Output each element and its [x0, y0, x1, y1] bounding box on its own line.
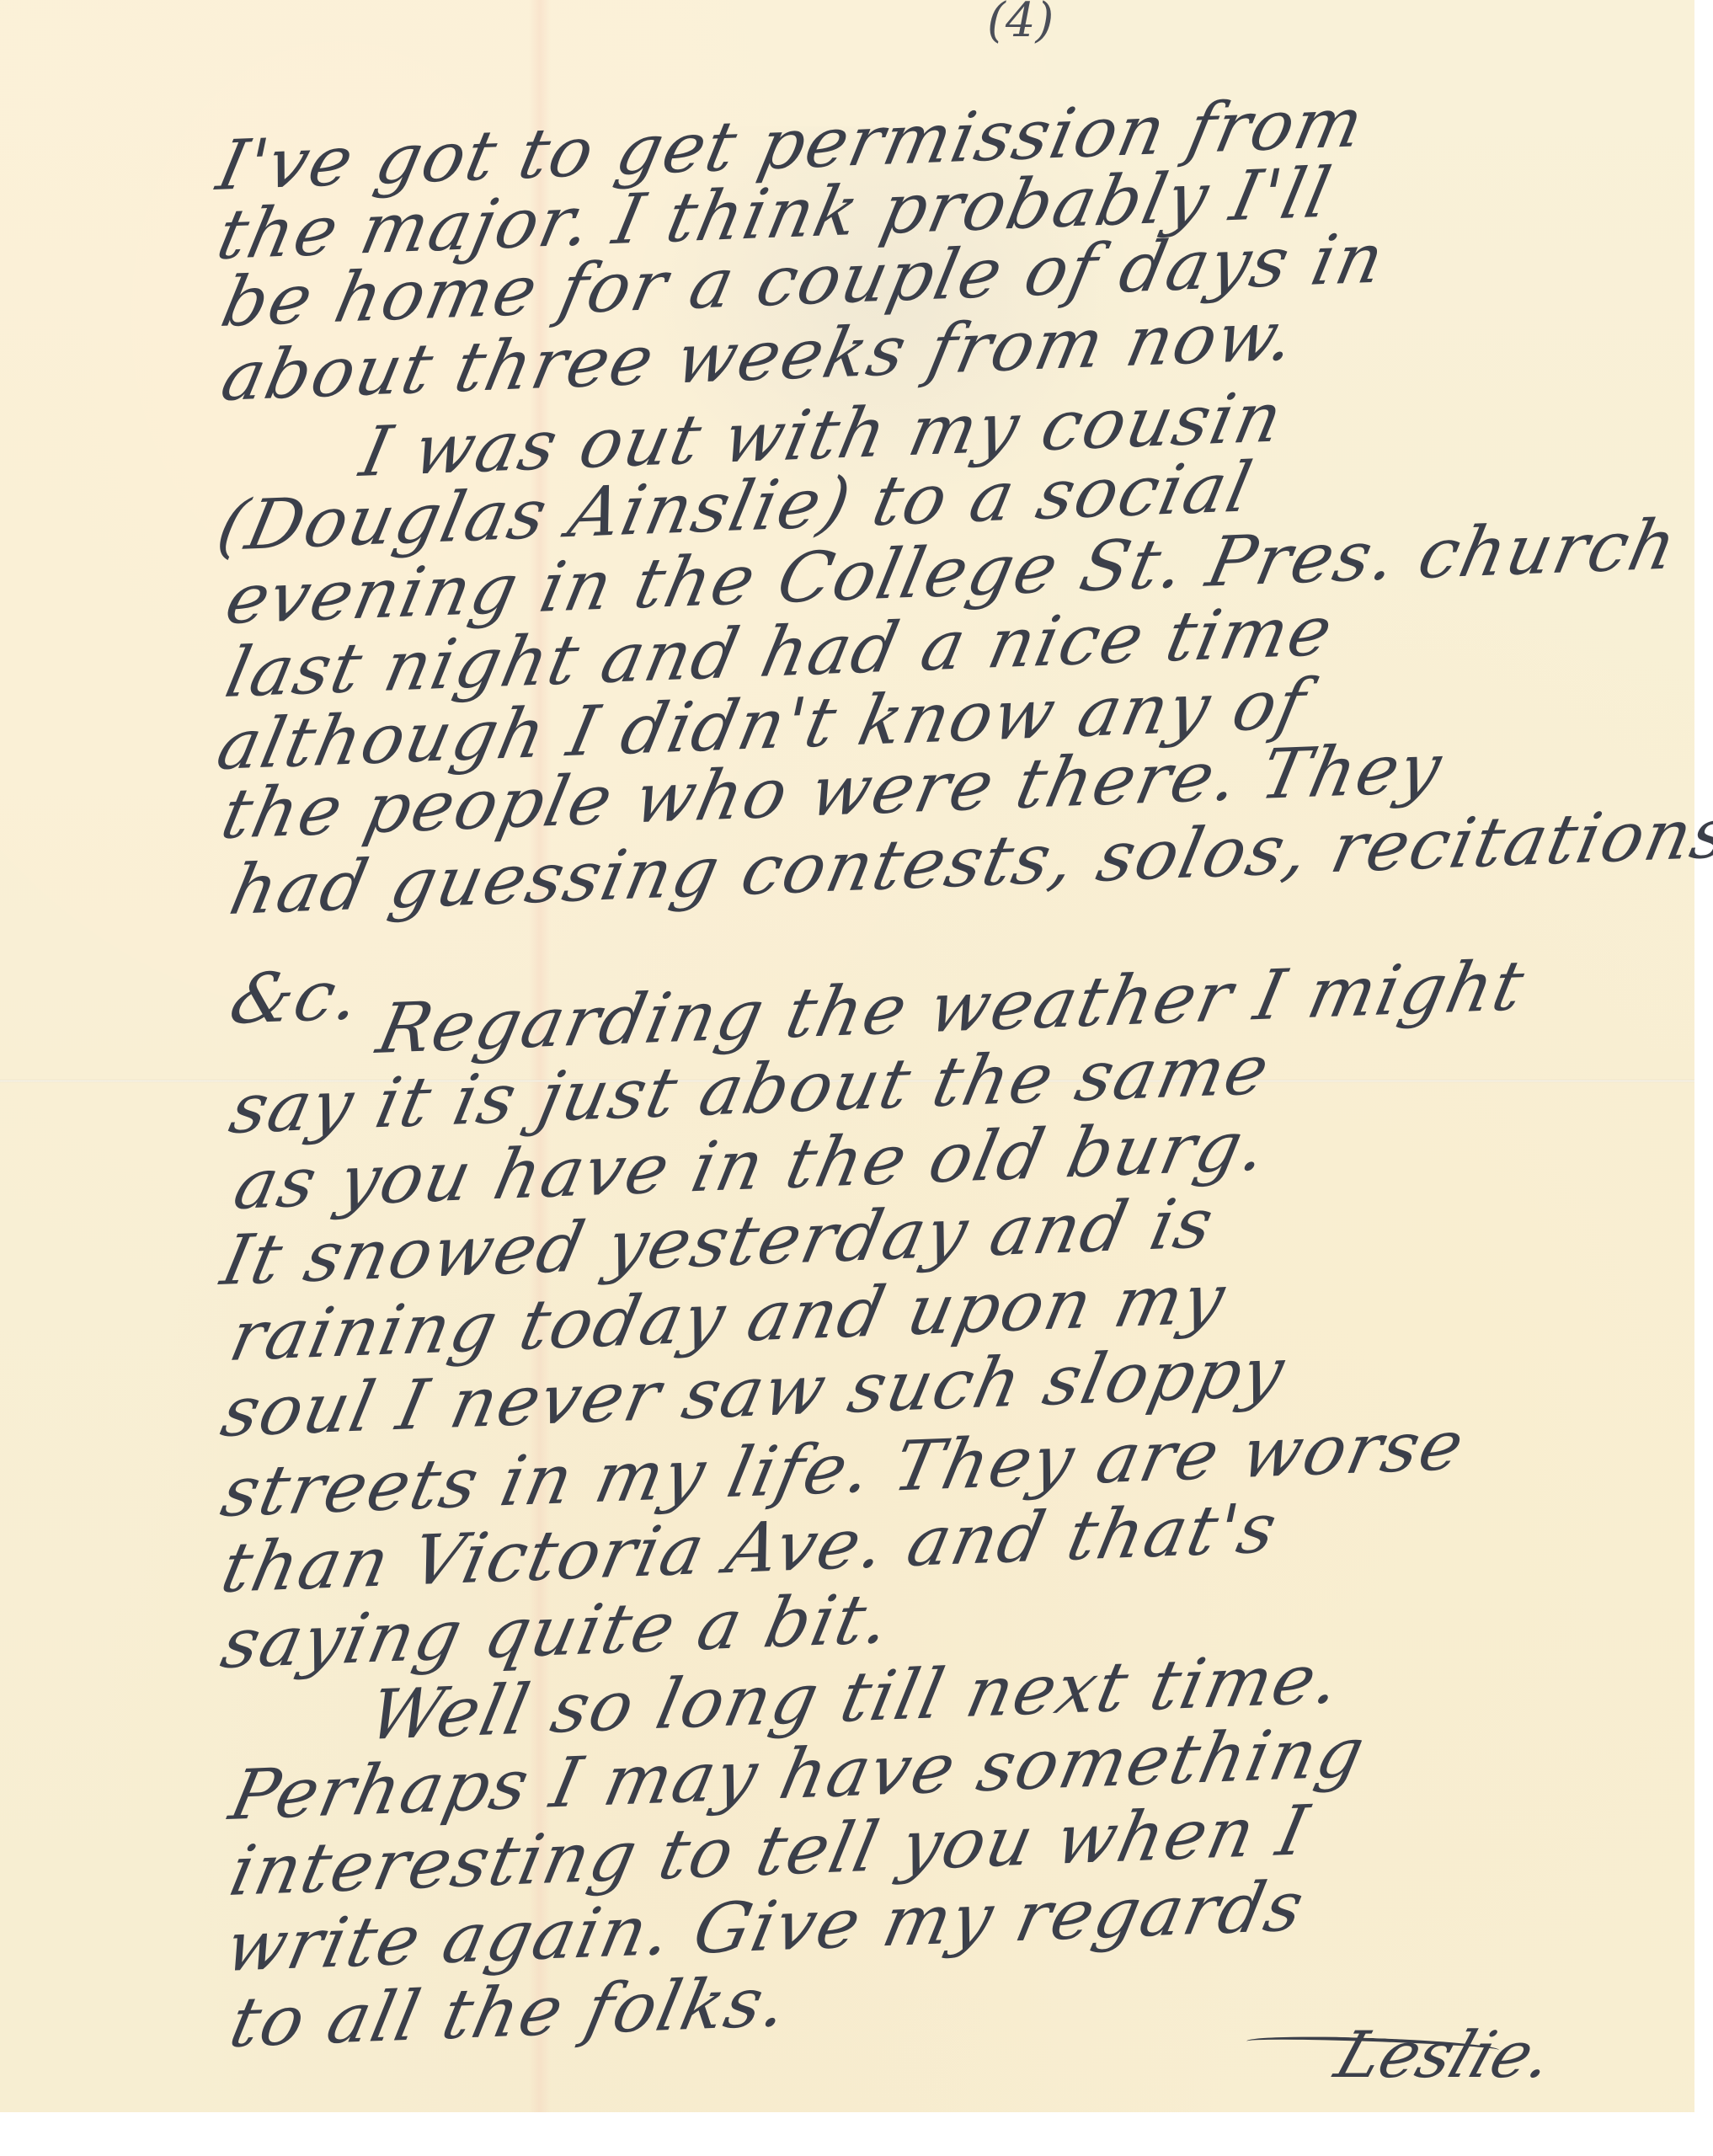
letter-line: &c. [223, 955, 368, 1040]
letter-page: (4) I've got to get permission from the … [0, 0, 1694, 2112]
page-number: (4) [987, 0, 1054, 48]
signature: Leslie. [1327, 2017, 1564, 2092]
